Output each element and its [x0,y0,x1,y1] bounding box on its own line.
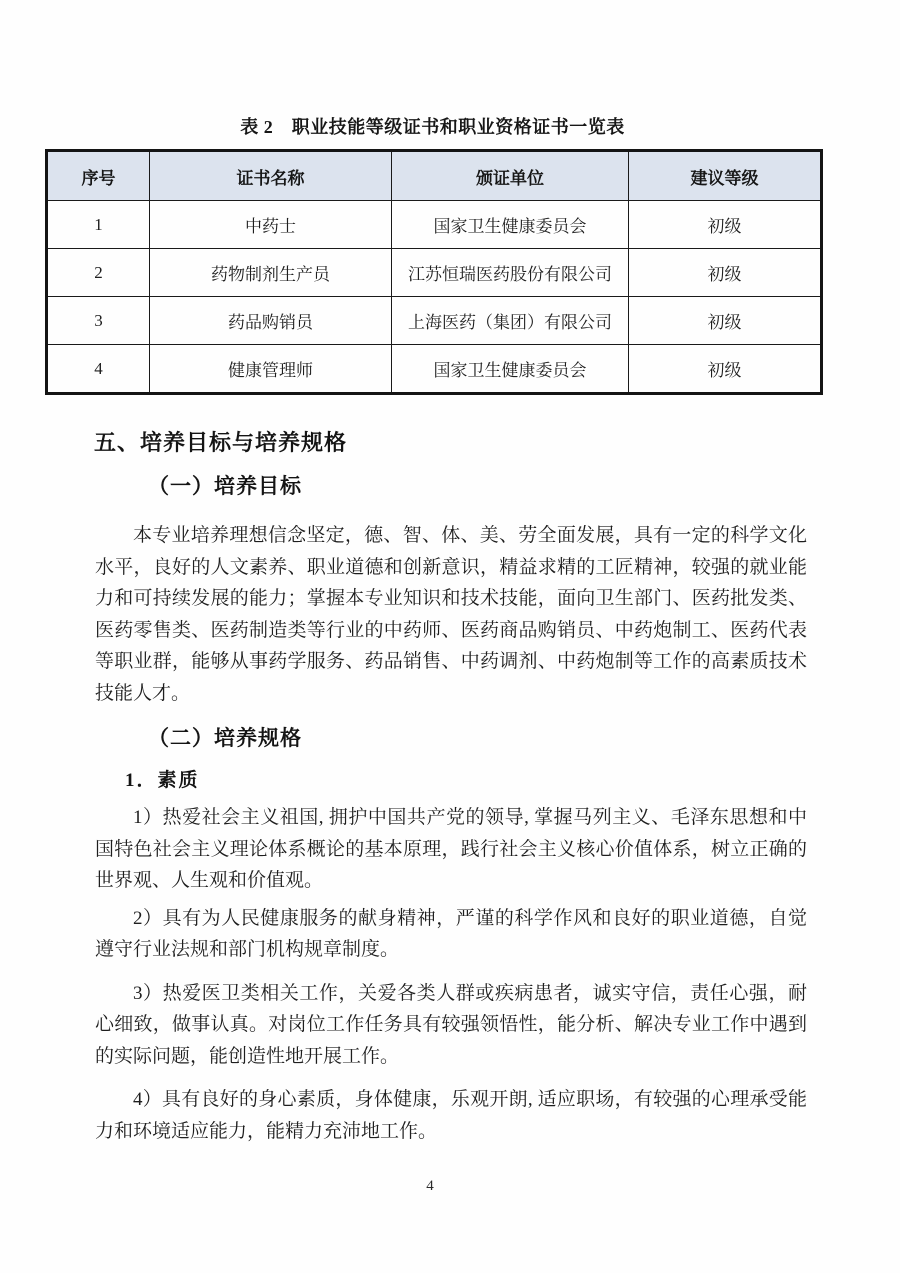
quality-item: 1）热爱社会主义祖国, 拥护中国共产党的领导, 掌握马列主义、毛泽东思想和中国特… [95,802,807,897]
certificates-table: 序号 证书名称 颁证单位 建议等级 1 中药士 国家卫生健康委员会 初级 2 药… [45,149,823,395]
cell-level: 初级 [629,201,822,249]
quality-item: 4）具有良好的身心素质，身体健康，乐观开朗, 适应职场，有较强的心理承受能力和环… [95,1084,807,1147]
cell-issuer: 上海医药（集团）有限公司 [392,297,629,345]
table-row: 3 药品购销员 上海医药（集团）有限公司 初级 [47,297,822,345]
cell-issuer: 江苏恒瑞医药股份有限公司 [392,249,629,297]
cell-level: 初级 [629,249,822,297]
table-row: 4 健康管理师 国家卫生健康委员会 初级 [47,345,822,394]
list-heading-quality: 1．素质 [125,768,900,794]
cell-issuer: 国家卫生健康委员会 [392,345,629,394]
paragraph-training-goal: 本专业培养理想信念坚定，德、智、体、美、劳全面发展，具有一定的科学文化水平，良好… [95,520,807,709]
cell-index: 4 [47,345,150,394]
table-row: 1 中药士 国家卫生健康委员会 初级 [47,201,822,249]
col-header-level: 建议等级 [629,151,822,201]
col-header-index: 序号 [47,151,150,201]
cell-cert-name: 药品购销员 [150,297,392,345]
table-row: 2 药物制剂生产员 江苏恒瑞医药股份有限公司 初级 [47,249,822,297]
subsection-heading-spec: （二）培养规格 [148,725,900,752]
cell-cert-name: 药物制剂生产员 [150,249,392,297]
cell-index: 2 [47,249,150,297]
document-page: 表 2 职业技能等级证书和职业资格证书一览表 序号 证书名称 颁证单位 建议等级… [0,0,900,1273]
page-number: 4 [0,1178,860,1195]
cell-level: 初级 [629,297,822,345]
cell-index: 3 [47,297,150,345]
cell-cert-name: 中药士 [150,201,392,249]
cell-index: 1 [47,201,150,249]
cell-issuer: 国家卫生健康委员会 [392,201,629,249]
col-header-cert-name: 证书名称 [150,151,392,201]
subsection-heading-goal: （一）培养目标 [148,473,900,500]
table-header-row: 序号 证书名称 颁证单位 建议等级 [47,151,822,201]
quality-item: 3）热爱医卫类相关工作，关爱各类人群或疾病患者，诚实守信，责任心强，耐心细致，做… [95,978,807,1073]
col-header-issuer: 颁证单位 [392,151,629,201]
cell-level: 初级 [629,345,822,394]
table-caption: 表 2 职业技能等级证书和职业资格证书一览表 [45,0,820,139]
quality-item: 2）具有为人民健康服务的献身精神，严谨的科学作风和良好的职业道德，自觉遵守行业法… [95,903,807,966]
section-heading-training-goals: 五、培养目标与培养规格 [94,429,900,457]
cell-cert-name: 健康管理师 [150,345,392,394]
